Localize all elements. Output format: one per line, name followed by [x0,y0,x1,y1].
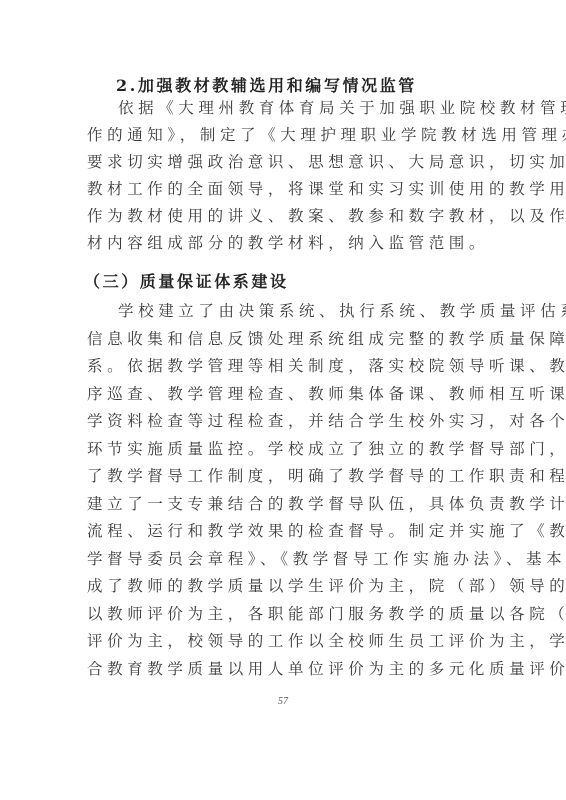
paragraph-line: 以教师评价为主，各职能部门服务教学的质量以各院（部） [87,601,487,628]
paragraph-line: 评价为主，校领导的工作以全校师生员工评价为主，学校综 [87,628,487,655]
paragraph-line: 序巡查、教学管理检查、教师集体备课、教师相互听课、教 [87,381,487,408]
paragraph-line: 了教学督导工作制度，明确了教学督导的工作职责和程序， [87,463,487,490]
paragraph-line: 学督导委员会章程》、《教学督导工作实施办法》、基本形 [87,546,487,573]
paragraph-line: 依据《大理州教育体育局关于加强职业院校教材管理工 [118,95,518,122]
paragraph-line: 系。依据教学管理等相关制度，落实校院领导听课、教学秩 [87,353,487,380]
paragraph-line: 材内容组成部分的教学材料，纳入监管范围。 [87,230,487,257]
paragraph-line: 环节实施质量监控。学校成立了独立的教学督导部门，健全 [87,436,487,463]
paragraph-line: 作的通知》，制定了《大理护理职业学院教材选用管理办法》， [87,122,487,149]
paragraph-line: 学校建立了由决策系统、执行系统、教学质量评估系统、 [118,298,518,325]
paragraph-line: 教材工作的全面领导，将课堂和实习实训使用的教学用书， [87,176,487,203]
paragraph-line: 要求切实增强政治意识、思想意识、大局意识，切实加强对 [87,149,487,176]
paragraph-line: 流程、运行和教学效果的检查督导。制定并实施了《教育教 [87,518,487,545]
document-page: 2.加强教材教辅选用和编写情况监管 依据《大理州教育体育局关于加强职业院校教材管… [0,0,566,800]
paragraph-line: 作为教材使用的讲义、教案、教参和数字教材，以及作为教 [87,203,487,230]
paragraph-line: 建立了一支专兼结合的教学督导队伍，具体负责教学计划、 [87,491,487,518]
paragraph-line: 学资料检查等过程检查，并结合学生校外实习，对各个教学 [87,408,487,435]
page-number: 57 [0,696,566,707]
paragraph-line: 合教育教学质量以用人单位评价为主的多元化质量评价机 [87,656,487,683]
paragraph-line: 信息收集和信息反馈处理系统组成完整的教学质量保障体 [87,326,487,353]
paragraph-line: 成了教师的教学质量以学生评价为主，院（部）领导的工作 [87,573,487,600]
section-heading-3: （三）质量保证体系建设 [84,268,484,295]
